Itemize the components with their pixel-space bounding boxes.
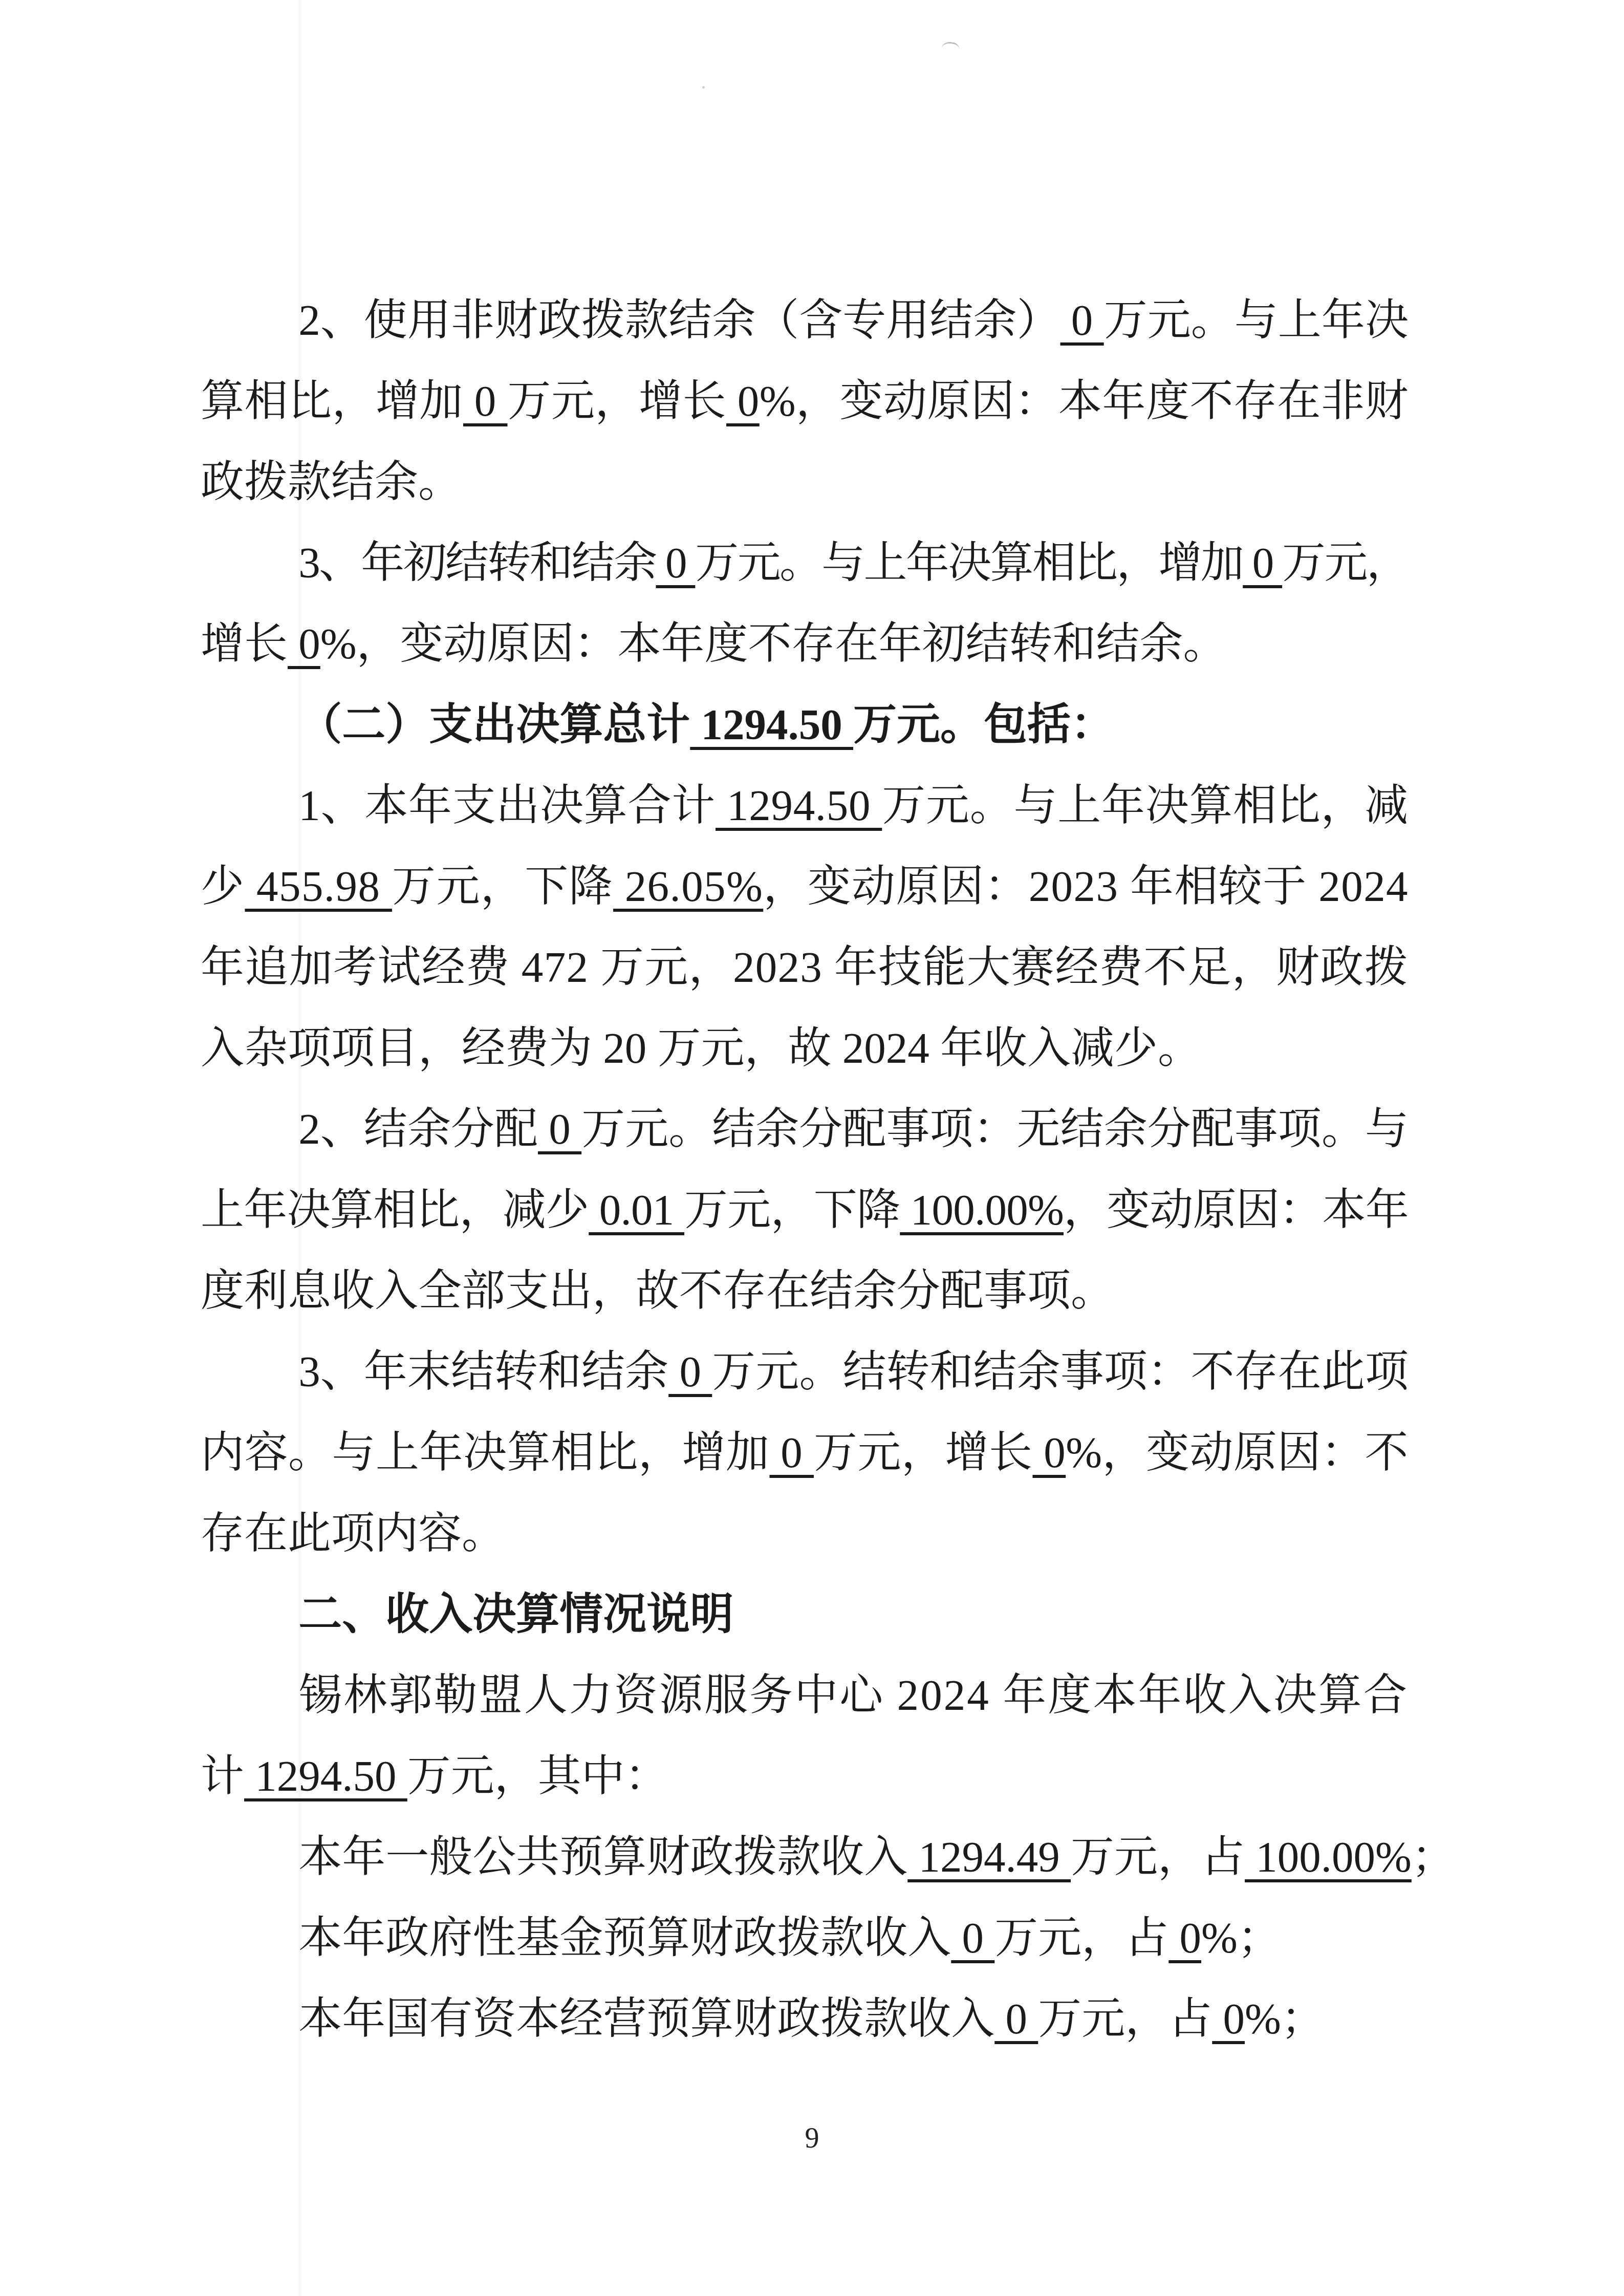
text-run: 年追加考试经费 472 万元，2023 年技能大赛经费不足，财政拨 xyxy=(201,943,1409,992)
text-line: 年追加考试经费 472 万元，2023 年技能大赛经费不足，财政拨 xyxy=(201,927,1409,1008)
underlined-value: 1294.50 xyxy=(690,701,853,749)
first-line-indent xyxy=(201,334,298,335)
text-run: %； xyxy=(1201,1914,1281,1962)
first-line-indent xyxy=(201,1952,298,1952)
para-current-year-expenditure: 1、本年支出决算合计 1294.50 万元。与上年决算相比，减少 455.98 … xyxy=(201,765,1409,1089)
para-beginning-year-carryover: 3、年初结转和结余 0 万元。与上年决算相比，增加 0 万元，增长 0%，变动原… xyxy=(201,523,1409,684)
para-surplus-distribution: 2、结余分配 0 万元。结余分配事项：无结余分配事项。与上年决算相比，减少 0.… xyxy=(201,1089,1409,1332)
first-line-indent xyxy=(201,1709,298,1710)
text-line: 锡林郭勒盟人力资源服务中心 2024 年度本年收入决算合 xyxy=(201,1655,1409,1736)
text-line: 1、本年支出决算合计 1294.50 万元。与上年决算相比，减 xyxy=(201,765,1409,846)
text-run: 二、收入决算情况说明 xyxy=(298,1590,733,1639)
first-line-indent xyxy=(201,577,298,577)
underlined-value: 100.00% xyxy=(1245,1833,1412,1881)
text-run: 万元，下降 xyxy=(684,1186,900,1234)
text-run: ，变动原因：2023 年相较于 2024 xyxy=(763,863,1409,911)
text-run: %，变动原因：本年度不存在年初结转和结余。 xyxy=(320,620,1227,668)
text-line: 本年政府性基金预算财政拨款收入 0 万元，占 0%； xyxy=(201,1898,1409,1979)
text-line: 3、年初结转和结余 0 万元。与上年决算相比，增加 0 万元， xyxy=(201,523,1409,604)
underlined-value: 0 xyxy=(769,1429,814,1477)
text-run: 万元，占 xyxy=(1038,1995,1212,2043)
text-run: 内容。与上年决算相比，增加 xyxy=(201,1429,769,1477)
text-run: 万元，增长 xyxy=(814,1429,1033,1477)
text-line: 少 455.98 万元，下降 26.05%，变动原因：2023 年相较于 202… xyxy=(201,846,1409,927)
text-line: 本年一般公共预算财政拨款收入 1294.49 万元，占 100.00%； xyxy=(201,1817,1409,1898)
heading-revenue-statement: 二、收入决算情况说明 xyxy=(201,1574,1409,1655)
page-number: 9 xyxy=(0,2120,1624,2156)
underlined-value: 0 xyxy=(463,377,508,425)
text-run: ，变动原因：本年 xyxy=(1064,1186,1409,1234)
text-run: 上年决算相比，减少 xyxy=(201,1186,589,1234)
text-line: 计 1294.50 万元，其中： xyxy=(201,1736,1409,1817)
para-government-fund-revenue: 本年政府性基金预算财政拨款收入 0 万元，占 0%； xyxy=(201,1898,1409,1979)
text-run: 本年国有资本经营预算财政拨款收入 xyxy=(298,1995,994,2043)
text-line: 算相比，增加 0 万元，增长 0%，变动原因：本年度不存在非财 xyxy=(201,361,1409,442)
text-run: 本年一般公共预算财政拨款收入 xyxy=(298,1833,907,1881)
text-run: 政拨款结余。 xyxy=(201,458,462,506)
text-line: 增长 0%，变动原因：本年度不存在年初结转和结余。 xyxy=(201,604,1409,684)
underlined-value: 26.05% xyxy=(613,863,763,911)
underlined-value: 1294.49 xyxy=(907,1833,1071,1881)
first-line-indent xyxy=(201,1628,298,1629)
underlined-value: 0 xyxy=(726,377,760,425)
para-general-public-budget-revenue: 本年一般公共预算财政拨款收入 1294.49 万元，占 100.00%； xyxy=(201,1817,1409,1898)
underlined-value: 0 xyxy=(656,539,695,587)
underlined-value: 0 xyxy=(1168,1914,1201,1962)
underlined-value: 0 xyxy=(994,1995,1038,2043)
text-run: 锡林郭勒盟人力资源服务中心 2024 年度本年收入决算合 xyxy=(298,1671,1409,1720)
text-run: %； xyxy=(1245,1995,1325,2043)
text-run: 算相比，增加 xyxy=(201,377,463,425)
text-run: 2、使用非财政拨款结余（含专用结余） xyxy=(298,296,1060,345)
text-run: 万元， xyxy=(1282,539,1409,587)
text-run: 3、年末结转和结余 xyxy=(298,1348,668,1396)
heading-expenditure-total: （二）支出决算总计 1294.50 万元。包括： xyxy=(201,684,1409,765)
text-run: 万元。结余分配事项：无结余分配事项。与 xyxy=(581,1105,1409,1153)
scan-artifact xyxy=(702,86,705,89)
text-run: 万元，增长 xyxy=(507,377,726,425)
text-run: 万元，占 xyxy=(994,1914,1168,1962)
underlined-value: 0 xyxy=(1243,539,1282,587)
text-run: %，变动原因：本年度不存在非财 xyxy=(760,377,1409,425)
first-line-indent xyxy=(201,820,298,820)
underlined-value: 1294.50 xyxy=(244,1752,407,1800)
text-line: 上年决算相比，减少 0.01 万元，下降 100.00%，变动原因：本年 xyxy=(201,1170,1409,1251)
para-yearend-carryover: 3、年末结转和结余 0 万元。结转和结余事项：不存在此项内容。与上年决算相比，增… xyxy=(201,1332,1409,1574)
underlined-value: 0 xyxy=(288,620,320,668)
text-line: 3、年末结转和结余 0 万元。结转和结余事项：不存在此项 xyxy=(201,1332,1409,1412)
text-run: 3、年初结转和结余 xyxy=(298,539,656,587)
first-line-indent xyxy=(201,1871,298,1872)
text-line: 二、收入决算情况说明 xyxy=(201,1574,1409,1655)
underlined-value: 100.00% xyxy=(900,1186,1064,1234)
text-run: 万元，其中： xyxy=(407,1752,668,1800)
para-state-capital-revenue: 本年国有资本经营预算财政拨款收入 0 万元，占 0%； xyxy=(201,1979,1409,2059)
text-run: 2、结余分配 xyxy=(298,1105,538,1153)
text-run: 万元。与上年决 xyxy=(1104,296,1409,345)
text-run: 万元。与上年决算相比，增加 xyxy=(695,539,1243,587)
text-line: 2、使用非财政拨款结余（含专用结余） 0 万元。与上年决 xyxy=(201,280,1409,361)
text-line: 政拨款结余。 xyxy=(201,442,1409,523)
underlined-value: 0.01 xyxy=(589,1186,684,1234)
underlined-value: 0 xyxy=(668,1348,712,1396)
underlined-value: 0 xyxy=(1212,1995,1245,2043)
first-line-indent xyxy=(201,739,298,739)
text-run: 万元。与上年决算相比，减 xyxy=(882,782,1409,830)
text-line: （二）支出决算总计 1294.50 万元。包括： xyxy=(201,684,1409,765)
underlined-value: 0 xyxy=(538,1105,581,1153)
text-run: 万元，下降 xyxy=(392,863,613,911)
text-run: 1、本年支出决算合计 xyxy=(298,782,716,830)
text-run: 万元。结转和结余事项：不存在此项 xyxy=(712,1348,1409,1396)
para-revenue-total: 锡林郭勒盟人力资源服务中心 2024 年度本年收入决算合计 1294.50 万元… xyxy=(201,1655,1409,1817)
text-run: 少 xyxy=(201,863,245,911)
document-page: 2、使用非财政拨款结余（含专用结余） 0 万元。与上年决算相比，增加 0 万元，… xyxy=(0,0,1624,2296)
underlined-value: 1294.50 xyxy=(716,782,882,830)
text-run: 度利息收入全部支出，故不存在结余分配事项。 xyxy=(201,1267,1114,1315)
text-run: （二）支出决算总计 xyxy=(298,701,690,749)
text-run: 入杂项项目，经费为 20 万元，故 2024 年收入减少。 xyxy=(201,1024,1201,1072)
first-line-indent xyxy=(201,2033,298,2033)
text-line: 存在此项内容。 xyxy=(201,1493,1409,1574)
text-run: ； xyxy=(1412,1833,1455,1881)
text-line: 内容。与上年决算相比，增加 0 万元，增长 0%，变动原因：不 xyxy=(201,1412,1409,1493)
text-run: 万元，占 xyxy=(1071,1833,1245,1881)
text-run: 增长 xyxy=(201,620,288,668)
scan-artifact xyxy=(941,41,960,53)
underlined-value: 0 xyxy=(1060,296,1104,345)
para-nonfiscal-appropriation-balance: 2、使用非财政拨款结余（含专用结余） 0 万元。与上年决算相比，增加 0 万元，… xyxy=(201,280,1409,523)
underlined-value: 455.98 xyxy=(245,863,392,911)
first-line-indent xyxy=(201,1143,298,1144)
text-line: 度利息收入全部支出，故不存在结余分配事项。 xyxy=(201,1251,1409,1332)
text-run: 存在此项内容。 xyxy=(201,1510,505,1558)
text-run: 计 xyxy=(201,1752,244,1800)
first-line-indent xyxy=(201,1386,298,1386)
text-run: 本年政府性基金预算财政拨款收入 xyxy=(298,1914,951,1962)
document-body: 2、使用非财政拨款结余（含专用结余） 0 万元。与上年决算相比，增加 0 万元，… xyxy=(201,280,1409,2059)
underlined-value: 0 xyxy=(1032,1429,1066,1477)
text-line: 本年国有资本经营预算财政拨款收入 0 万元，占 0%； xyxy=(201,1979,1409,2059)
text-line: 入杂项项目，经费为 20 万元，故 2024 年收入减少。 xyxy=(201,1008,1409,1089)
underlined-value: 0 xyxy=(951,1914,994,1962)
text-run: 万元。包括： xyxy=(853,701,1114,749)
text-run: %，变动原因：不 xyxy=(1066,1429,1409,1477)
text-line: 2、结余分配 0 万元。结余分配事项：无结余分配事项。与 xyxy=(201,1089,1409,1170)
